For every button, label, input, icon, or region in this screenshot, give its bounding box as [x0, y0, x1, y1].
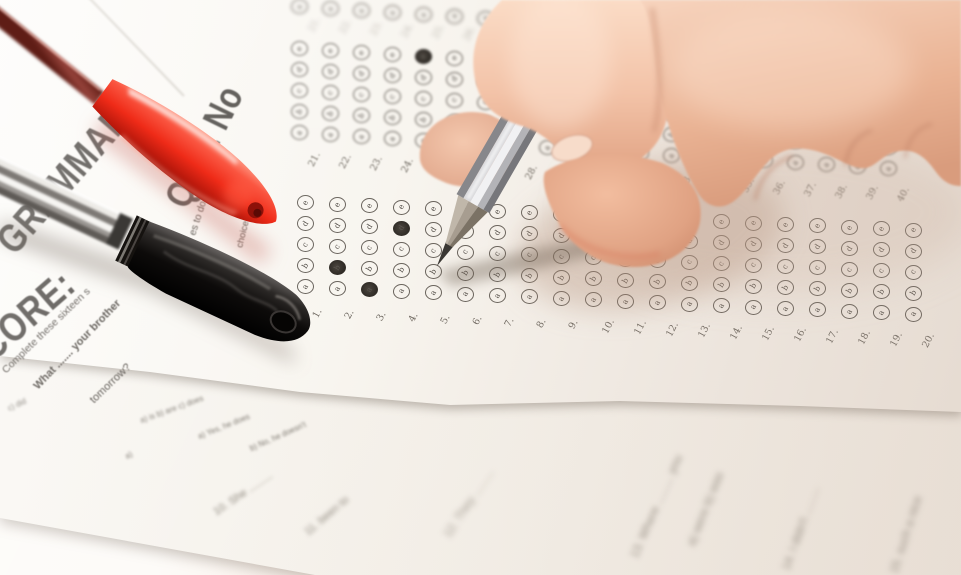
red-pen-barrel [0, 0, 104, 105]
photo-scene: GRAMMAR QUIZ No SCORE: edcba21.21.aedcba… [0, 0, 961, 575]
foreground-objects [0, 0, 961, 575]
